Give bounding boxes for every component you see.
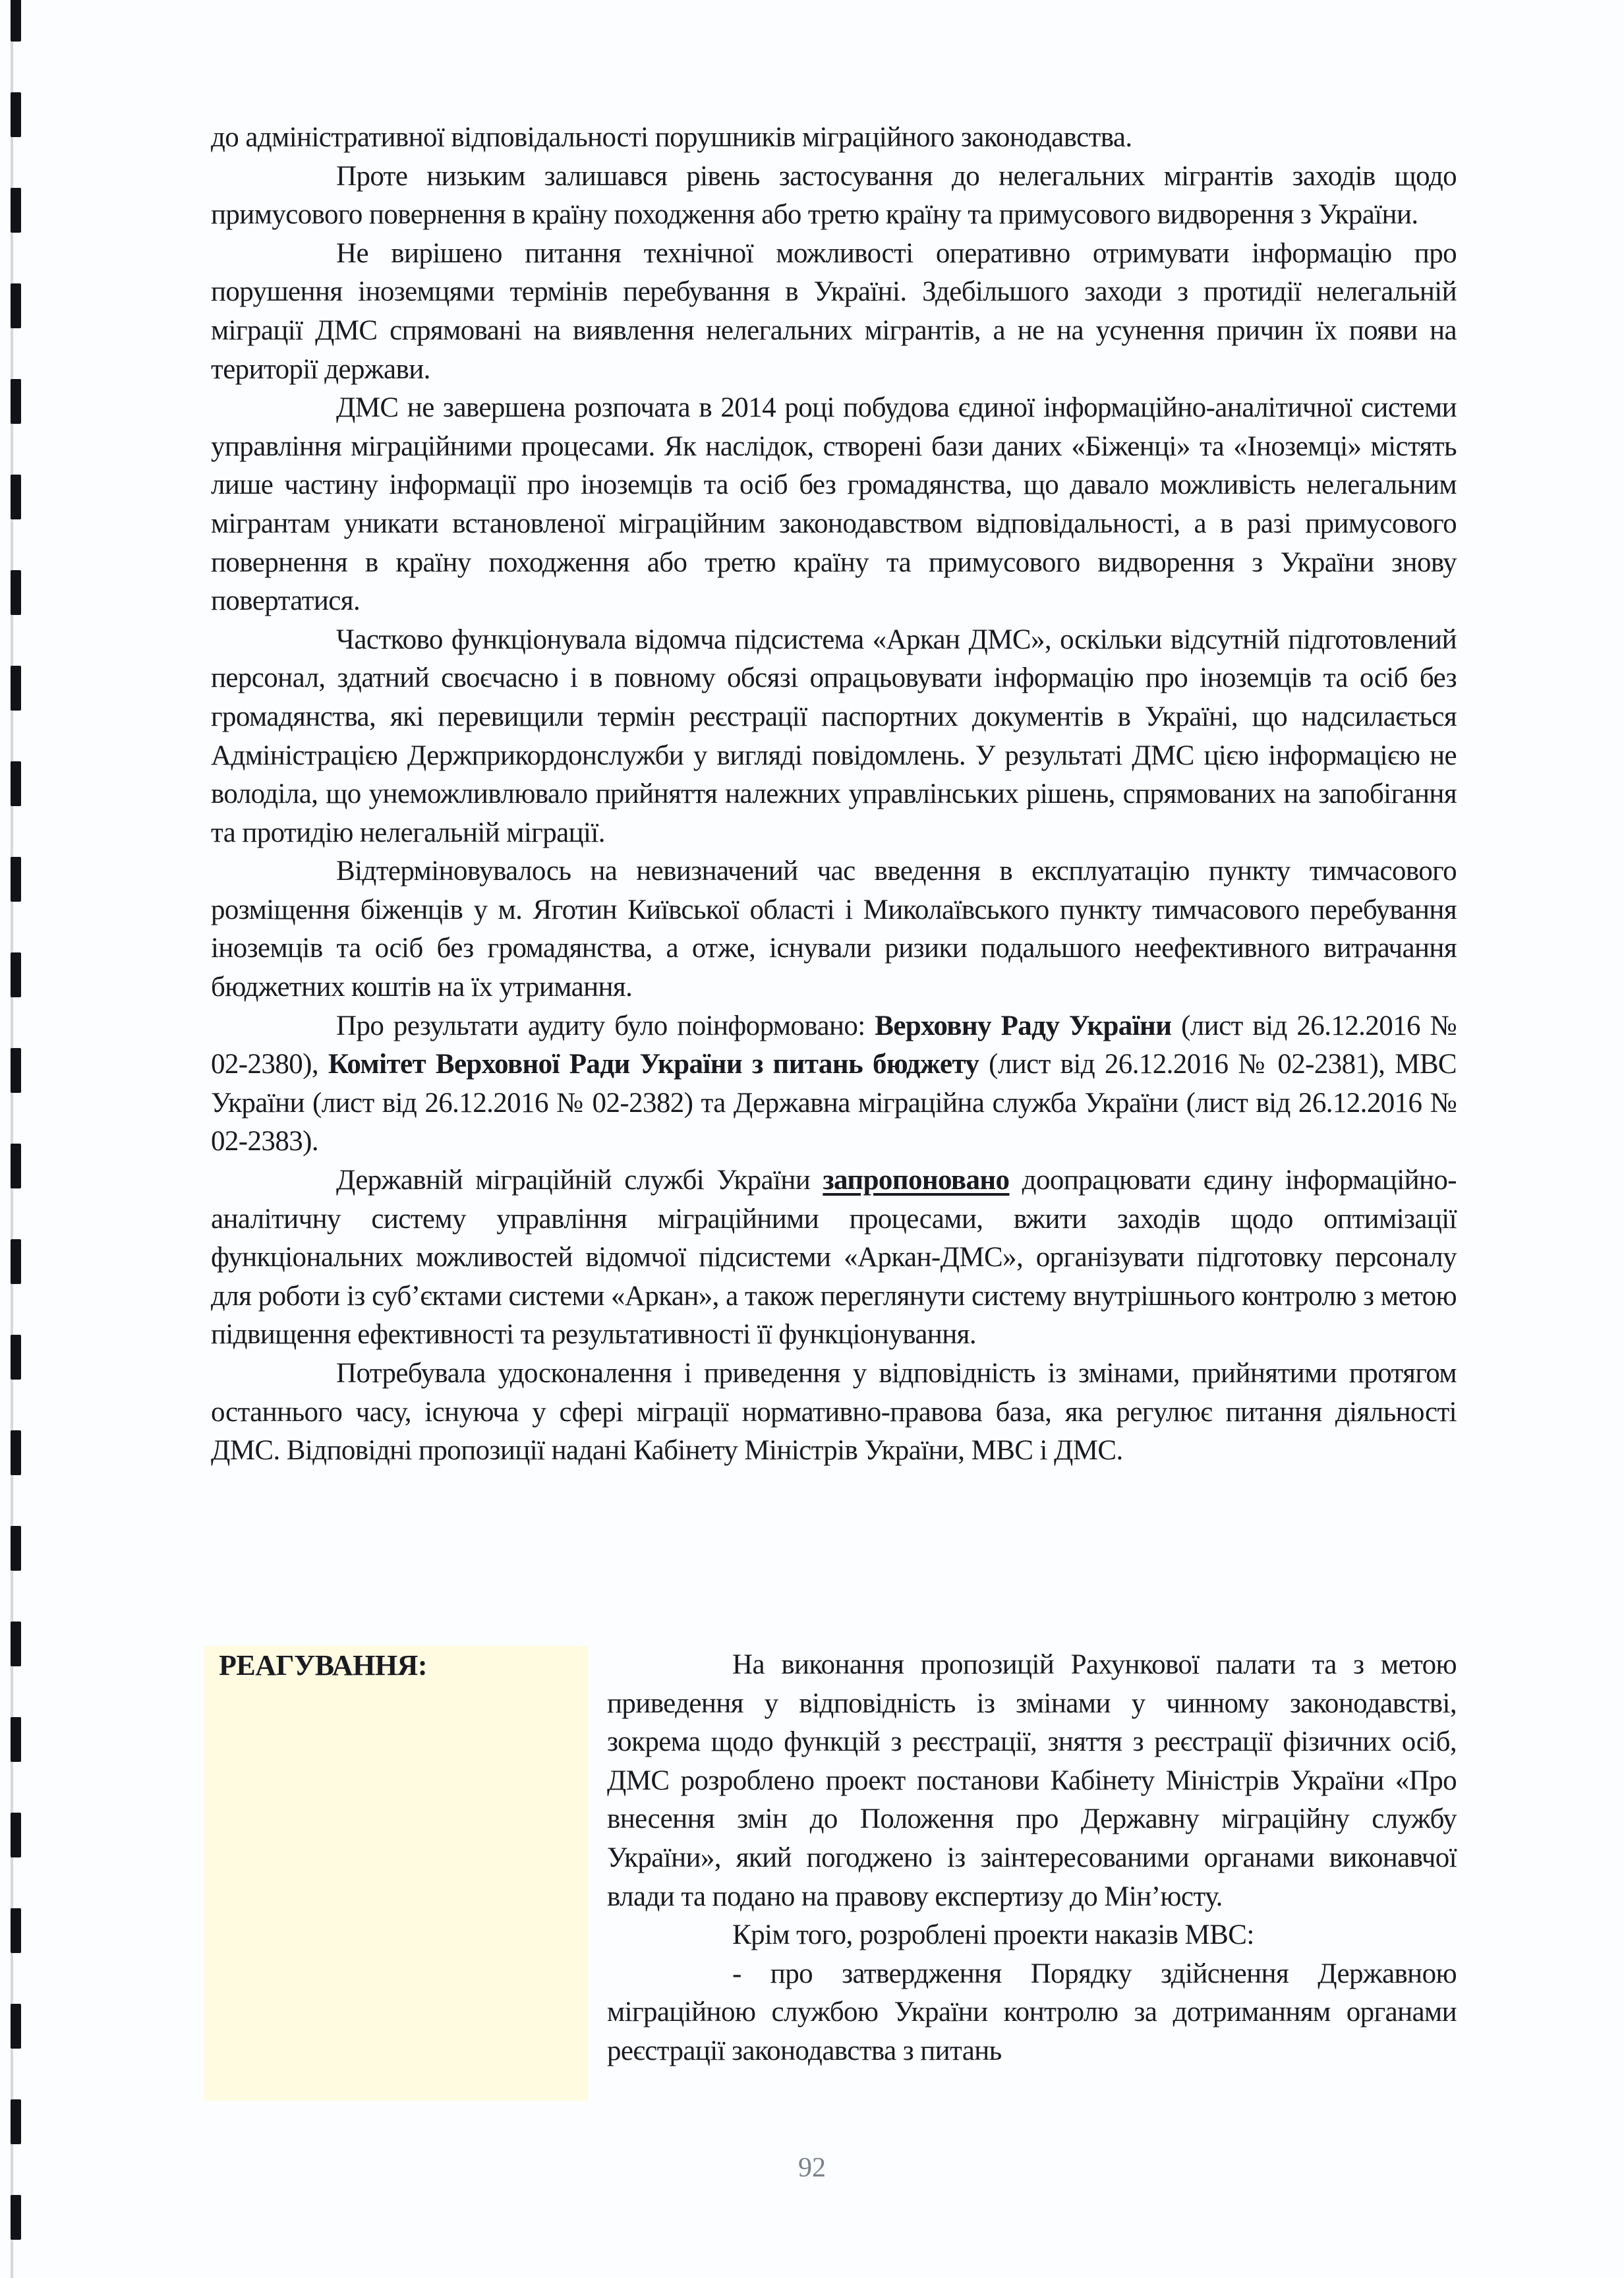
binding-mark: [11, 761, 21, 806]
binding-mark: [11, 1430, 21, 1475]
paragraph: ДМС не завершена розпочата в 2014 році п…: [211, 389, 1457, 621]
binding-mark: [11, 1621, 21, 1666]
binding-mark: [11, 283, 21, 328]
informed-intro: Про результати аудиту було поінформовано…: [336, 1010, 875, 1041]
binding-mark: [11, 666, 21, 711]
paragraph: Не вирішено питання технічної можливості…: [211, 235, 1457, 389]
response-label-box: РЕАГУВАННЯ:: [204, 1646, 588, 2101]
binding-mark: [11, 1048, 21, 1093]
recipient-committee: Комітет Верховної Ради України з питань …: [328, 1049, 979, 1080]
response-paragraph: Крім того, розроблені проекти наказів МВ…: [607, 1916, 1457, 1955]
binding-mark: [11, 1239, 21, 1284]
page-number: 92: [0, 2152, 1624, 2184]
regulation-paragraph: Потребувала удосконалення і приведення у…: [211, 1355, 1457, 1471]
binding-mark: [11, 1144, 21, 1188]
proposal-keyword: запропоновано: [823, 1165, 1009, 1196]
binding-mark: [11, 2099, 21, 2144]
response-paragraph: На виконання пропозицій Рахункової палат…: [607, 1646, 1457, 1916]
binding-mark: [11, 1526, 21, 1571]
response-body: На виконання пропозицій Рахункової палат…: [607, 1646, 1457, 2071]
binding-mark: [11, 857, 21, 902]
binding-mark: [11, 2195, 21, 2240]
response-section: РЕАГУВАННЯ: На виконання пропозицій Раху…: [204, 1646, 1457, 2101]
informed-paragraph: Про результати аудиту було поінформовано…: [211, 1007, 1457, 1161]
binding-mark: [11, 2004, 21, 2049]
binding-mark: [11, 1908, 21, 1953]
paragraph: до адміністративної відповідальності пор…: [211, 119, 1457, 158]
paragraph: Відтерміновувалось на невизначений час в…: [211, 852, 1457, 1007]
binding-mark: [11, 1717, 21, 1762]
binding-mark: [11, 1813, 21, 1857]
document-body: до адміністративної відповідальності пор…: [211, 119, 1457, 1471]
binding-mark: [11, 1335, 21, 1380]
binding-mark: [11, 0, 21, 42]
binding-mark: [11, 188, 21, 233]
paragraph: Проте низьким залишався рівень застосува…: [211, 158, 1457, 235]
proposal-paragraph: Державній міграційній службі України зап…: [211, 1161, 1457, 1355]
response-label: РЕАГУВАННЯ:: [219, 1649, 427, 1682]
binding-mark: [11, 92, 21, 137]
binding-mark: [11, 475, 21, 519]
recipient-rada: Верховну Раду України: [875, 1010, 1171, 1041]
binding-mark: [11, 379, 21, 424]
proposal-intro: Державній міграційній службі України: [336, 1165, 823, 1196]
binding-mark: [11, 952, 21, 997]
response-paragraph: - про затвердження Порядку здійснення Де…: [607, 1955, 1457, 2071]
binding-edge: [0, 0, 26, 2278]
binding-mark: [11, 570, 21, 615]
paragraph: Частково функціонувала відомча підсистем…: [211, 621, 1457, 853]
